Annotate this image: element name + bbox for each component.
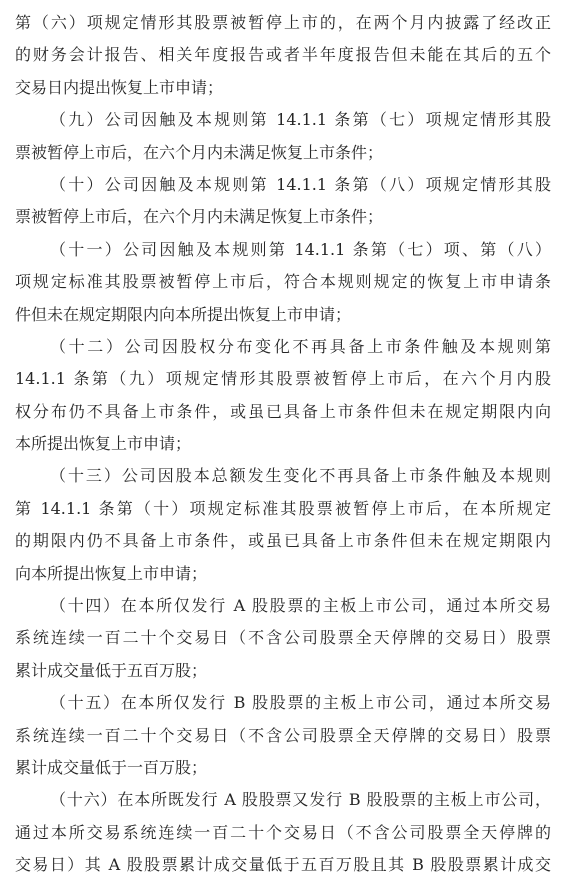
paragraph-continuation: 第（六）项规定情形其股票被暂停上市的，在两个月内披露了经改正 的财务会计报告、相… xyxy=(15,7,551,104)
text-line: （十六）在本所既发行 A 股股票又发行 B 股股票的主板上市公司， xyxy=(15,784,551,816)
text-line: 权分布仍不具备上市条件，或虽已具备上市条件但未在规定期限内向 xyxy=(15,396,551,428)
document-page: 第（六）项规定情形其股票被暂停上市的，在两个月内披露了经改正 的财务会计报告、相… xyxy=(15,7,551,882)
text-line: （十）公司因触及本规则第 14.1.1 条第（八）项规定情形其股 xyxy=(15,169,551,201)
text-line: （十五）在本所仅发行 B 股股票的主板上市公司，通过本所交易 xyxy=(15,687,551,719)
text-line: 系统连续一百二十个交易日（不含公司股票全天停牌的交易日）股票 xyxy=(15,622,551,654)
text-line: 件但未在规定期限内向本所提出恢复上市申请； xyxy=(15,299,551,331)
paragraph-item-13: （十三）公司因股本总额发生变化不再具备上市条件触及本规则 第 14.1.1 条第… xyxy=(15,460,551,590)
text-line: （十二）公司因股权分布变化不再具备上市条件触及本规则第 xyxy=(15,331,551,363)
text-line: 交易日内提出恢复上市申请； xyxy=(15,72,551,104)
text-line: 14.1.1 条第（九）项规定情形其股票被暂停上市后，在六个月内股 xyxy=(15,363,551,395)
paragraph-item-12: （十二）公司因股权分布变化不再具备上市条件触及本规则第 14.1.1 条第（九）… xyxy=(15,331,551,461)
paragraph-item-15: （十五）在本所仅发行 B 股股票的主板上市公司，通过本所交易 系统连续一百二十个… xyxy=(15,687,551,784)
text-line: 的期限内仍不具备上市条件，或虽已具备上市条件但未在规定期限内 xyxy=(15,525,551,557)
paragraph-item-11: （十一）公司因触及本规则第 14.1.1 条第（七）项、第（八） 项规定标准其股… xyxy=(15,234,551,331)
paragraph-item-9: （九）公司因触及本规则第 14.1.1 条第（七）项规定情形其股 票被暂停上市后… xyxy=(15,104,551,169)
text-line: 向本所提出恢复上市申请； xyxy=(15,558,551,590)
text-line: 通过本所交易系统连续一百二十个交易日（不含公司股票全天停牌的 xyxy=(15,817,551,849)
text-line: 系统连续一百二十个交易日（不含公司股票全天停牌的交易日）股票 xyxy=(15,720,551,752)
text-line: 票被暂停上市后，在六个月内未满足恢复上市条件； xyxy=(15,201,551,233)
paragraph-item-14: （十四）在本所仅发行 A 股股票的主板上市公司，通过本所交易 系统连续一百二十个… xyxy=(15,590,551,687)
text-line: （十四）在本所仅发行 A 股股票的主板上市公司，通过本所交易 xyxy=(15,590,551,622)
text-line: 累计成交量低于五百万股； xyxy=(15,655,551,687)
text-line: （十一）公司因触及本规则第 14.1.1 条第（七）项、第（八） xyxy=(15,234,551,266)
text-line: 交易日）其 A 股股票累计成交量低于五百万股且其 B 股股票累计成交 xyxy=(15,849,551,881)
text-line: 的财务会计报告、相关年度报告或者半年度报告但未能在其后的五个 xyxy=(15,39,551,71)
text-line: 票被暂停上市后，在六个月内未满足恢复上市条件； xyxy=(15,137,551,169)
text-line: 第 14.1.1 条第（十）项规定标准其股票被暂停上市后，在本所规定 xyxy=(15,493,551,525)
paragraph-item-10: （十）公司因触及本规则第 14.1.1 条第（八）项规定情形其股 票被暂停上市后… xyxy=(15,169,551,234)
text-line: （十三）公司因股本总额发生变化不再具备上市条件触及本规则 xyxy=(15,460,551,492)
text-line: 本所提出恢复上市申请； xyxy=(15,428,551,460)
text-line: 第（六）项规定情形其股票被暂停上市的，在两个月内披露了经改正 xyxy=(15,7,551,39)
paragraph-item-16: （十六）在本所既发行 A 股股票又发行 B 股股票的主板上市公司， 通过本所交易… xyxy=(15,784,551,881)
text-line: 累计成交量低于一百万股； xyxy=(15,752,551,784)
text-line: （九）公司因触及本规则第 14.1.1 条第（七）项规定情形其股 xyxy=(15,104,551,136)
text-line: 项规定标准其股票被暂停上市后，符合本规则规定的恢复上市申请条 xyxy=(15,266,551,298)
